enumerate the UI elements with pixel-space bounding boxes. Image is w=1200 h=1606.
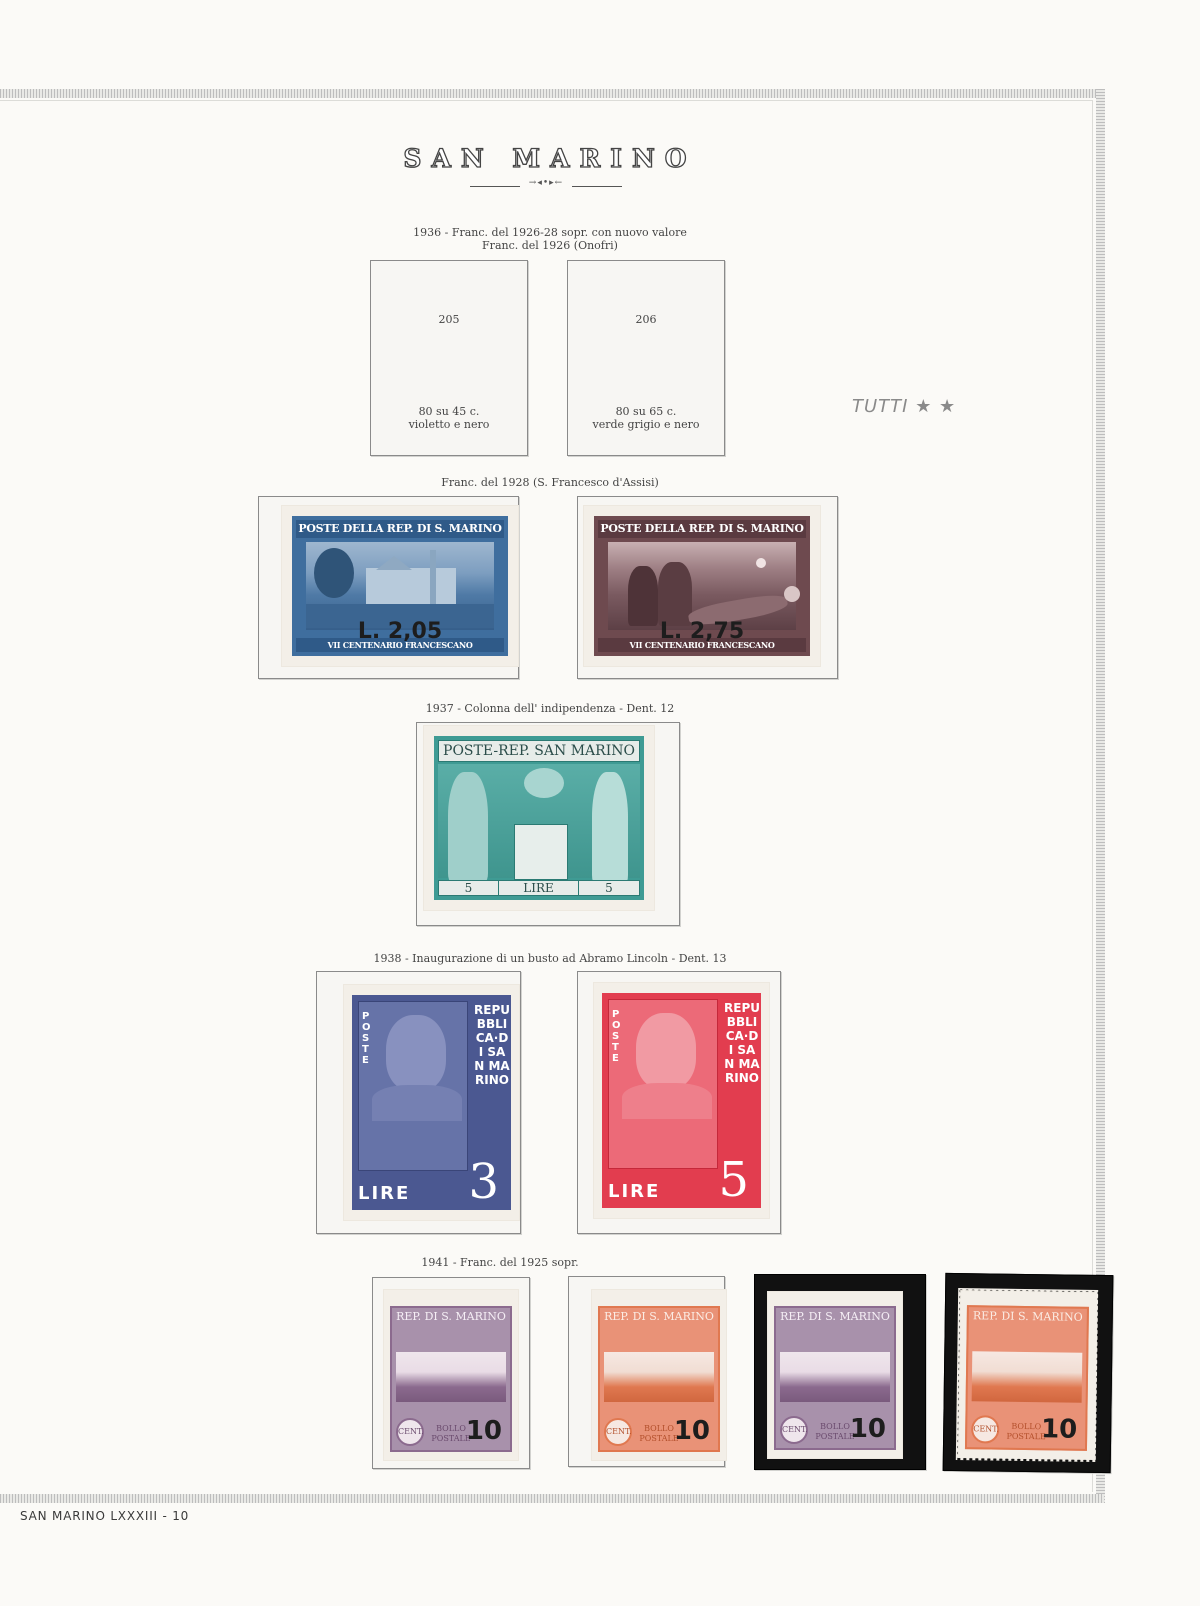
section-caption-1941: 1941 - Franc. del 1925 sopr. (300, 1256, 700, 1269)
slot-description: 80 su 65 c. verde grigio e nero (568, 405, 724, 431)
slot-value: 80 su 45 c. (371, 405, 527, 418)
cent-roundel: CENT. (604, 1418, 632, 1446)
section-caption-1937: 1937 - Colonna dell' indipendenza - Dent… (300, 702, 800, 715)
stamp-currency: LIRE (608, 1181, 660, 1202)
stamp-country-text: REPUBBLICA·DI SAN MARINO (724, 1001, 760, 1085)
section-caption-1936: 1936 - Franc. del 1926-28 sopr. con nuov… (300, 226, 800, 252)
stamp-bollo-orange-black-mount[interactable]: REP. DI S. MARINO CENT. BOLLO POSTALE 10 (959, 1291, 1095, 1459)
stamp-header: POSTE-REP. SAN MARINO (438, 740, 640, 762)
section-caption-1938: 1938 - Inaugurazione di un busto ad Abra… (300, 952, 800, 965)
title-ornament: →◂•▸← (470, 182, 622, 190)
cent-roundel: CENT. (780, 1416, 808, 1444)
section-caption-1928: Franc. del 1928 (S. Francesco d'Assisi) (300, 476, 800, 489)
stamp-bollo-violet-black-mount[interactable]: REP. DI S. MARINO CENT. BOLLO POSTALE 10 (768, 1292, 902, 1458)
stamp-header: POSTE DELLA REP. DI S. MARINO (598, 520, 806, 538)
slot-description: 80 su 45 c. violetto e nero (371, 405, 527, 431)
stamp-header: REP. DI S. MARINO (969, 1309, 1087, 1324)
stamp-lincoln-3-lire[interactable]: POSTE REPUBBLICA·DI SAN MARINO LIRE 3 (344, 985, 519, 1220)
empty-stamp-slot[interactable]: 206 80 su 65 c. verde grigio e nero (567, 260, 725, 456)
stamp-country-text: REPUBBLICA·DI SAN MARINO (474, 1003, 510, 1087)
stamp-header: REP. DI S. MARINO (776, 1310, 894, 1323)
stamp-value: 3 (468, 1154, 499, 1210)
page-frame-bottom (0, 1494, 1104, 1503)
slot-color: verde grigio e nero (568, 418, 724, 431)
value-right: 5 (579, 881, 639, 895)
stamp-side-text: POSTE (612, 1009, 624, 1064)
page-footer: SAN MARINO LXXXIII - 10 (20, 1509, 189, 1523)
overprint-value: 10 (674, 1416, 710, 1446)
overprint-value: 10 (466, 1416, 502, 1446)
stamp-currency: LIRE (358, 1183, 410, 1204)
frame-inner-line (0, 100, 1092, 101)
catalog-number: 206 (568, 313, 724, 326)
cent-roundel: CENT. (396, 1418, 424, 1446)
slot-color: violetto e nero (371, 418, 527, 431)
ornament-icon: →◂•▸← (522, 178, 570, 188)
stamp-side-text: POSTE (362, 1011, 374, 1066)
stamp-lincoln-5-lire[interactable]: POSTE REPUBBLICA·DI SAN MARINO LIRE 5 (594, 983, 769, 1218)
stamp-san-francesco-brown[interactable]: POSTE DELLA REP. DI S. MARINO VII CENTEN… (584, 506, 820, 666)
stamp-san-francesco-blue[interactable]: POSTE DELLA REP. DI S. MARINO VII CENTEN… (282, 506, 518, 666)
overprint-value: L. 2,75 (594, 619, 810, 644)
overprint-value: L. 2,05 (292, 619, 508, 644)
page-frame-top (0, 89, 1104, 98)
value-label: LIRE (499, 881, 579, 895)
value-left: 5 (439, 881, 499, 895)
stamp-colonna-indipendenza[interactable]: POSTE-REP. SAN MARINO 5 LIRE 5 (424, 726, 654, 910)
stamp-bollo-orange[interactable]: REP. DI S. MARINO CENT. BOLLO POSTALE 10 (592, 1290, 726, 1460)
stamp-bollo-violet[interactable]: REP. DI S. MARINO CENT. BOLLO POSTALE 10 (384, 1290, 518, 1460)
stamp-header: REP. DI S. MARINO (600, 1310, 718, 1323)
catalog-number: 205 (371, 313, 527, 326)
caption-line: Franc. del 1926 (Onofri) (300, 239, 800, 252)
slot-value: 80 su 65 c. (568, 405, 724, 418)
caption-line: 1936 - Franc. del 1926-28 sopr. con nuov… (300, 226, 800, 239)
empty-stamp-slot[interactable]: 205 80 su 45 c. violetto e nero (370, 260, 528, 456)
page-title: SAN MARINO (0, 144, 1100, 173)
stamp-header: POSTE DELLA REP. DI S. MARINO (296, 520, 504, 538)
overprint-value: 10 (850, 1414, 886, 1444)
stamp-value-band: 5 LIRE 5 (438, 880, 640, 896)
handwritten-note: TUTTI ★ ★ (852, 396, 956, 417)
stamp-header: REP. DI S. MARINO (392, 1310, 510, 1323)
stamp-value: 5 (718, 1152, 749, 1208)
overprint-value: 10 (1041, 1414, 1078, 1445)
cent-roundel: CENT. (971, 1415, 999, 1443)
